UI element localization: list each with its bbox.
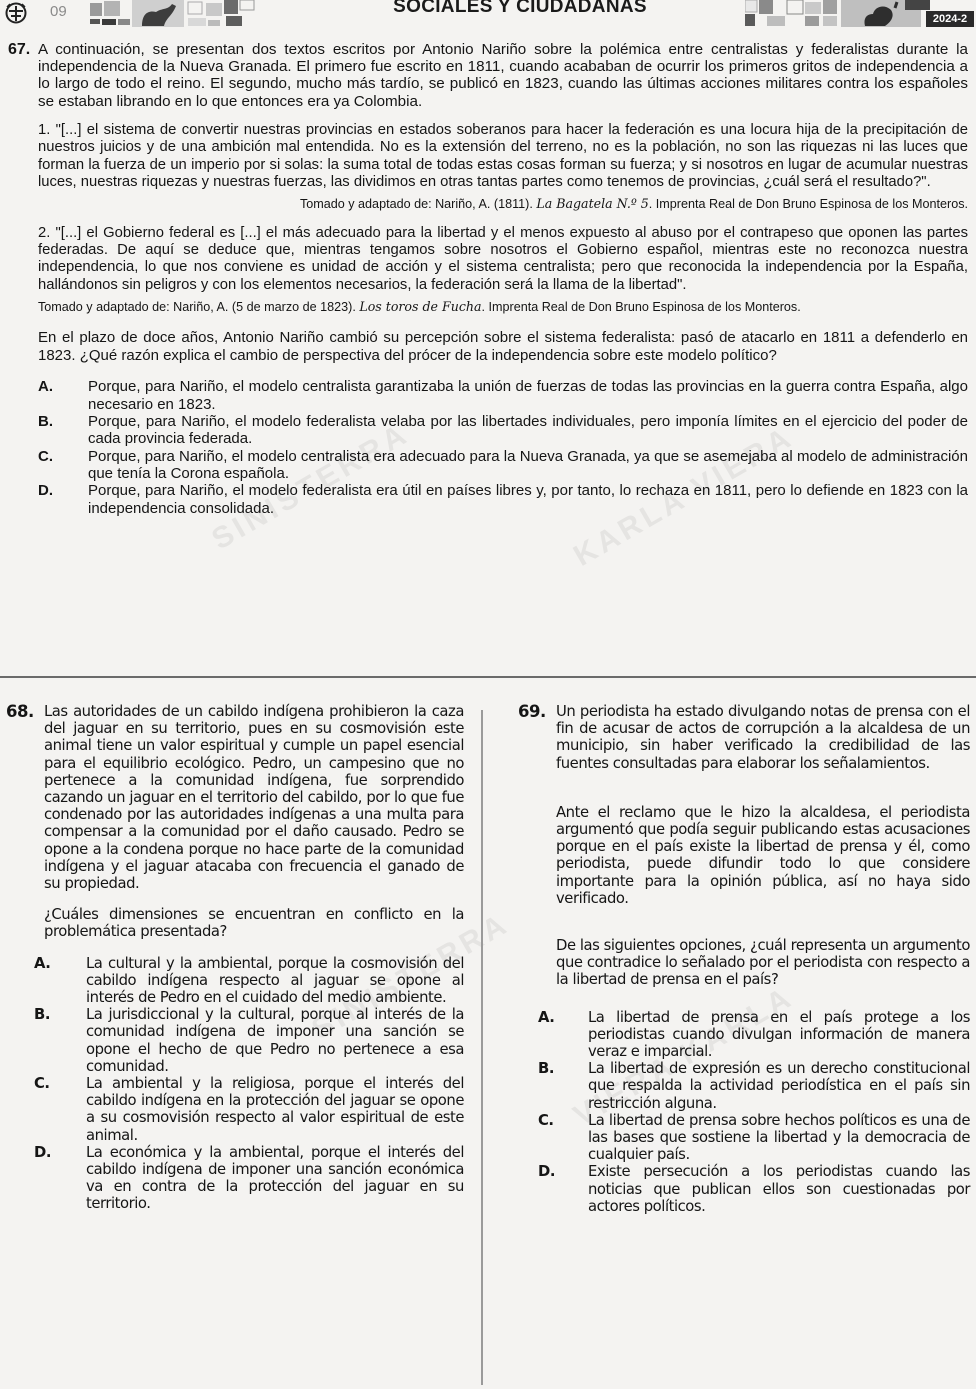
option-letter: A. bbox=[6, 955, 86, 1007]
option-text: La ambiental y la religiosa, porque el i… bbox=[86, 1075, 464, 1144]
option-letter: C. bbox=[38, 448, 88, 483]
question-intro: Las autoridades de un cabildo indígena p… bbox=[44, 703, 464, 892]
option-text: La cultural y la ambiental, porque la co… bbox=[86, 955, 464, 1007]
option-text: Existe persecución a los periodistas cua… bbox=[588, 1163, 970, 1215]
question-number: 68. bbox=[6, 703, 44, 892]
question-stem: ¿Cuáles dimensiones se encuentran en con… bbox=[44, 906, 464, 940]
answer-option-b[interactable]: B. La jurisdiccional y la cultural, porq… bbox=[6, 1006, 464, 1075]
source-citation-2: Tomado y adaptado de: Nariño, A. (5 de m… bbox=[38, 298, 968, 316]
question-67-intro-block: 67. A continuación, se presentan dos tex… bbox=[8, 41, 968, 110]
citation-prefix: Tomado y adaptado de: Nariño, A. (5 de m… bbox=[38, 300, 359, 314]
quote-text-2: 2. "[...] el Gobierno federal es [...] e… bbox=[38, 225, 968, 295]
page-header: 09 SOCIALES Y CIUDADANAS 2024-2 bbox=[0, 0, 976, 28]
header-decoration-right bbox=[745, 0, 930, 27]
question-67: 67. A continuación, se presentan dos tex… bbox=[8, 41, 968, 517]
year-badge: 2024-2 bbox=[926, 11, 974, 27]
answer-option-d[interactable]: D. Existe persecución a los periodistas … bbox=[518, 1163, 970, 1215]
option-text: La económica y la ambiental, porque el i… bbox=[86, 1144, 464, 1213]
quote-text-1: 1. "[...] el sistema de convertir nuestr… bbox=[38, 122, 968, 192]
answer-options: A. Porque, para Nariño, el modelo centra… bbox=[38, 378, 968, 516]
question-stem: De las siguientes opciones, ¿cuál repres… bbox=[556, 937, 970, 989]
answer-option-a[interactable]: A. La libertad de prensa en el país prot… bbox=[518, 1009, 970, 1061]
option-letter: A. bbox=[518, 1009, 588, 1061]
page-number: 09 bbox=[50, 3, 67, 20]
answer-option-d[interactable]: D. Porque, para Nariño, el modelo federa… bbox=[38, 482, 968, 517]
citation-suffix: . Imprenta Real de Don Bruno Espinosa de… bbox=[649, 197, 968, 211]
option-text: Porque, para Nariño, el modelo federalis… bbox=[88, 482, 968, 517]
question-stem: En el plazo de doce años, Antonio Nariño… bbox=[38, 329, 968, 364]
answer-option-c[interactable]: C. La ambiental y la religiosa, porque e… bbox=[6, 1075, 464, 1144]
question-context: Ante el reclamo que le hizo la alcaldesa… bbox=[556, 804, 970, 907]
answer-option-a[interactable]: A. Porque, para Nariño, el modelo centra… bbox=[38, 378, 968, 413]
section-title: SOCIALES Y CIUDADANAS bbox=[320, 0, 720, 18]
option-text: Porque, para Nariño, el modelo federalis… bbox=[88, 413, 968, 448]
question-number: 69. bbox=[518, 703, 556, 772]
option-letter: B. bbox=[6, 1006, 86, 1075]
option-text: Porque, para Nariño, el modelo centralis… bbox=[88, 448, 968, 483]
section-divider bbox=[0, 676, 976, 678]
option-letter: D. bbox=[518, 1163, 588, 1215]
question-69-intro-block: 69. Un periodista ha estado divulgando n… bbox=[518, 703, 970, 772]
option-letter: A. bbox=[38, 378, 88, 413]
source-citation-1: Tomado y adaptado de: Nariño, A. (1811).… bbox=[38, 195, 968, 213]
citation-prefix: Tomado y adaptado de: Nariño, A. (1811). bbox=[300, 197, 536, 211]
question-68-intro-block: 68. Las autoridades de un cabildo indíge… bbox=[6, 703, 464, 892]
question-69: 69. Un periodista ha estado divulgando n… bbox=[518, 703, 970, 1215]
header-decoration-left bbox=[90, 0, 320, 27]
answer-option-b[interactable]: B. La libertad de expresión es un derech… bbox=[518, 1060, 970, 1112]
question-intro: A continuación, se presentan dos textos … bbox=[38, 41, 968, 110]
option-letter: C. bbox=[6, 1075, 86, 1144]
option-letter: C. bbox=[518, 1112, 588, 1164]
citation-title: La Bagatela N.º 5 bbox=[536, 196, 648, 211]
option-letter: B. bbox=[38, 413, 88, 448]
answer-option-a[interactable]: A. La cultural y la ambiental, porque la… bbox=[6, 955, 464, 1007]
column-divider bbox=[481, 710, 483, 1385]
answer-option-c[interactable]: C. La libertad de prensa sobre hechos po… bbox=[518, 1112, 970, 1164]
answer-option-b[interactable]: B. Porque, para Nariño, el modelo federa… bbox=[38, 413, 968, 448]
question-intro: Un periodista ha estado divulgando notas… bbox=[556, 703, 970, 772]
citation-title: Los toros de Fucha bbox=[359, 299, 481, 314]
option-text: La libertad de prensa sobre hechos polít… bbox=[588, 1112, 970, 1164]
option-letter: D. bbox=[38, 482, 88, 517]
answer-option-d[interactable]: D. La económica y la ambiental, porque e… bbox=[6, 1144, 464, 1213]
coat-of-arms-icon bbox=[4, 2, 28, 24]
option-text: La libertad de prensa en el país protege… bbox=[588, 1009, 970, 1061]
option-text: La jurisdiccional y la cultural, porque … bbox=[86, 1006, 464, 1075]
question-number: 67. bbox=[8, 41, 30, 58]
option-text: Porque, para Nariño, el modelo centralis… bbox=[88, 378, 968, 413]
option-text: La libertad de expresión es un derecho c… bbox=[588, 1060, 970, 1112]
citation-suffix: . Imprenta Real de Don Bruno Espinosa de… bbox=[482, 300, 801, 314]
option-letter: B. bbox=[518, 1060, 588, 1112]
option-letter: D. bbox=[6, 1144, 86, 1213]
question-68: 68. Las autoridades de un cabildo indíge… bbox=[6, 703, 464, 1213]
answer-option-c[interactable]: C. Porque, para Nariño, el modelo centra… bbox=[38, 448, 968, 483]
